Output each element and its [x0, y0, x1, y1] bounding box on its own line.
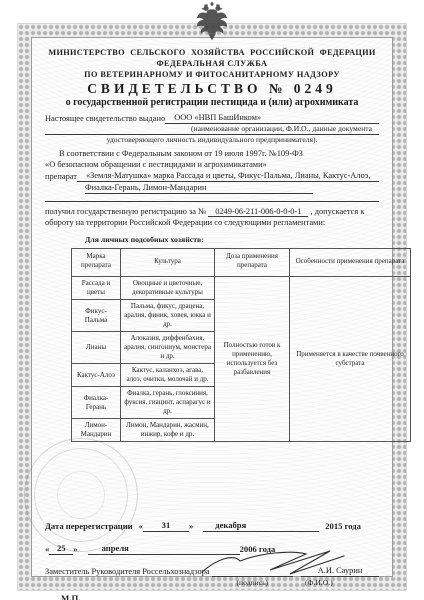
- certificate-subtitle: о государственной регистрации пестицида …: [45, 97, 379, 109]
- issued-to-value: ООО «НВП БашИнком»: [165, 112, 379, 124]
- registration-day: 25: [49, 543, 73, 555]
- official-position: Заместитель Руководителя Россельхознадзо…: [45, 566, 210, 577]
- cell-features-merged: Применяется в качестве почвенного субстр…: [290, 277, 411, 442]
- col-header-culture: Культура: [121, 249, 215, 277]
- official-name-text: А.И. Саурин: [318, 566, 363, 575]
- col-header-dose: Доза применения препарата: [215, 249, 290, 277]
- reregistration-year: 2015 года: [325, 521, 361, 532]
- reregistration-label: Дата перерегистрации: [45, 521, 133, 532]
- quote-close: »: [189, 521, 193, 532]
- law-line-1: В соответствии с Федеральным законом от …: [45, 148, 379, 159]
- coat-of-arms-icon: [195, 1, 229, 41]
- cell-mark: Лианы: [72, 332, 121, 364]
- quote-close: »: [73, 544, 77, 555]
- registration-number: 0249-06-211-006-0-0-0-1: [208, 207, 308, 217]
- cell-mark: Кактус-Алоэ: [72, 364, 121, 387]
- cell-culture: Алоказия, диффенбахия, аралия, сингониум…: [121, 332, 215, 364]
- registration-line-1: получил государственную регистрацию за №…: [45, 206, 379, 217]
- cell-dose-merged: Полностью готов к применению, использует…: [215, 277, 290, 442]
- registration-text-before: получил государственную регистрацию за №: [45, 207, 206, 216]
- cell-culture: Овощные и цветочные, декоративные культу…: [121, 277, 215, 300]
- issued-note-1: (наименование организации, Ф.И.О., данны…: [45, 124, 379, 133]
- signature-row: Заместитель Руководителя Россельхознадзо…: [45, 564, 379, 577]
- table-caption: Для личных подсобных хозяйств:: [85, 235, 379, 244]
- law-line-2: «О безопасном обращении с пестицидами и …: [45, 159, 379, 170]
- preparation-value: «Земля-Матушка» марка Рассада и цветы, Ф…: [77, 170, 379, 182]
- cell-culture: Фиалка, герань, глоксиния, фуксия, гиаци…: [121, 387, 215, 419]
- signature-line: (подпись): [212, 564, 293, 577]
- table-header-row: Марка препарата Культура Доза применения…: [72, 249, 411, 277]
- reregistration-day: 31: [143, 520, 189, 532]
- issued-to-row: Настоящее свидетельство выдано ООО «НВП …: [45, 112, 379, 124]
- divider-line: [45, 201, 379, 202]
- issued-note-2: удостоверяющего личность индивидуального…: [45, 135, 379, 145]
- cell-culture: Пальма, фикус, драцена, аралия, финик, х…: [121, 300, 215, 332]
- name-caption: (Ф.И.О.): [305, 577, 333, 588]
- seal-placeholder-label: М.П.: [61, 593, 379, 600]
- cell-mark: Фиалка-Герань: [72, 387, 121, 419]
- issued-to-label: Настоящее свидетельство выдано: [45, 113, 165, 124]
- table-row: Рассада и цветы Овощные и цветочные, дек…: [72, 277, 411, 300]
- cell-culture: Кактус, каланхоэ, агава, алоэ, очитки, м…: [121, 364, 215, 387]
- registration-line-2: обороту на территории Российской Федерац…: [45, 217, 379, 228]
- col-header-mark: Марка препарата: [72, 249, 121, 277]
- certificate-title: СВИДЕТЕЛЬСТВО № 0249: [45, 82, 379, 96]
- ministry-line: МИНИСТЕРСТВО СЕЛЬСКОГО ХОЗЯЙСТВА РОССИЙС…: [45, 47, 379, 58]
- cell-culture: Лимон, Мандарин, жасмин, инжир, кофе и д…: [121, 419, 215, 442]
- cell-mark: Рассада и цветы: [72, 277, 121, 300]
- service-line-2: ПО ВЕТЕРИНАРНОМУ И ФИТОСАНИТАРНОМУ НАДЗО…: [45, 69, 379, 80]
- preparation-row: препарат «Земля-Матушка» марка Рассада и…: [45, 170, 379, 182]
- official-name: А.И. Саурин (Ф.И.О.): [301, 565, 379, 577]
- service-line-1: ФЕДЕРАЛЬНАЯ СЛУЖБА: [45, 58, 379, 69]
- reregistration-month: декабря: [203, 520, 319, 532]
- signature-caption: (подпись): [212, 577, 293, 588]
- reregistration-date-row: Дата перерегистрации « 31 » декабря 2015…: [45, 520, 379, 532]
- regulations-table: Марка препарата Культура Доза применения…: [71, 248, 411, 442]
- round-seal-stamp: [24, 438, 138, 552]
- preparation-value-line2: Фиалка-Герань, Лимон-Мандарин: [85, 182, 313, 194]
- col-header-features: Особенности применения препарата: [290, 249, 411, 277]
- preparation-label: препарат: [45, 171, 77, 182]
- document-header: МИНИСТЕРСТВО СЕЛЬСКОГО ХОЗЯЙСТВА РОССИЙС…: [45, 47, 379, 109]
- cell-mark: Фикус-Пальма: [72, 300, 121, 332]
- registration-text-after: , допускается к: [311, 207, 365, 216]
